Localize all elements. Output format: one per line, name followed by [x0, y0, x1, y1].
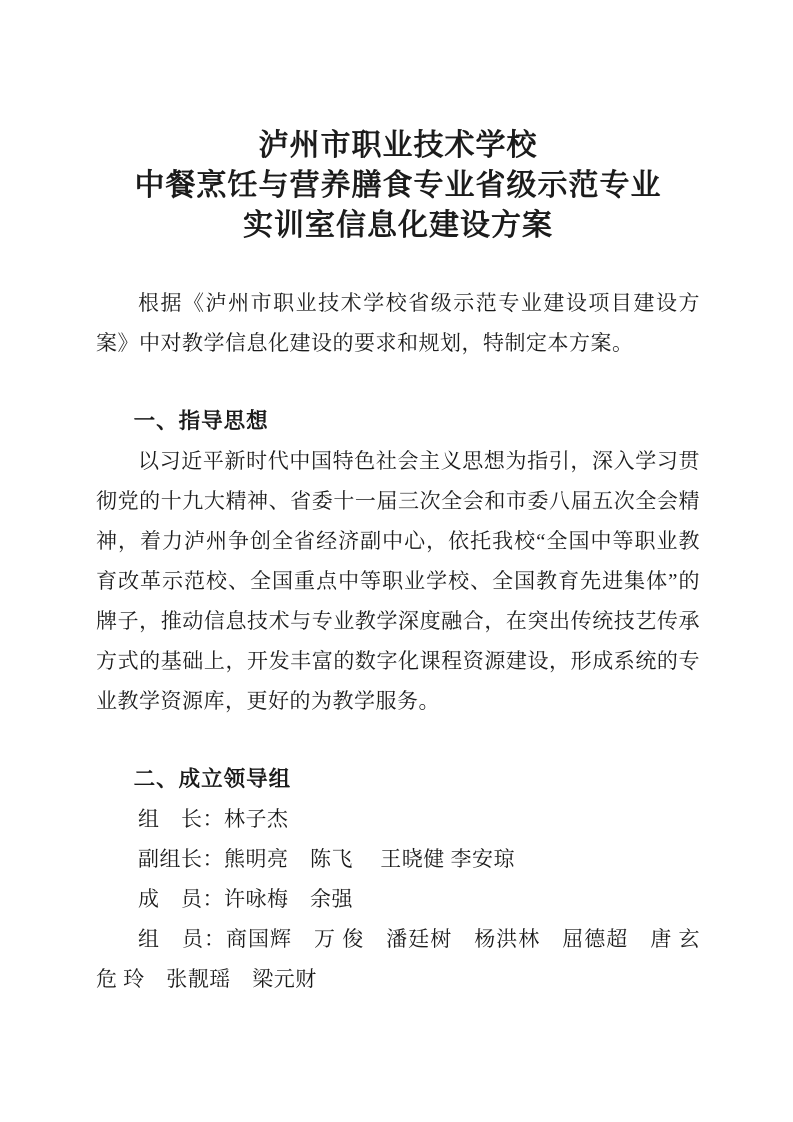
role-line-group-members: 组 员：商国辉 万 俊 潘廷树 杨洪林 屈德超 唐 玄	[96, 919, 700, 959]
doc-title: 泸州市职业技术学校 中餐烹饪与营养膳食专业省级示范专业 实训室信息化建设方案	[96, 126, 700, 246]
intro-paragraph: 根据《泸州市职业技术学校省级示范专业建设项目建设方案》中对教学信息化建设的要求和…	[96, 283, 700, 363]
role-line-members: 成 员：许咏梅 余强	[96, 879, 700, 919]
role-line-deputy-leaders: 副组长：熊明亮 陈飞 王晓健 李安琼	[96, 839, 700, 879]
role-line-group-members-continued: 危 玲 张靓瑶 梁元财	[96, 959, 700, 999]
role-line-leader: 组 长：林子杰	[96, 799, 700, 839]
doc-title-line-2: 中餐烹饪与营养膳食专业省级示范专业	[96, 166, 700, 206]
section-1-body: 以习近平新时代中国特色社会主义思想为指引，深入学习贯彻党的十九大精神、省委十一届…	[96, 441, 700, 721]
leadership-roster: 组 长：林子杰 副组长：熊明亮 陈飞 王晓健 李安琼 成 员：许咏梅 余强 组 …	[96, 799, 700, 999]
doc-title-line-1: 泸州市职业技术学校	[96, 126, 700, 166]
doc-title-line-3: 实训室信息化建设方案	[96, 206, 700, 246]
section-1-heading: 一、指导思想	[96, 401, 700, 441]
document-page: 泸州市职业技术学校 中餐烹饪与营养膳食专业省级示范专业 实训室信息化建设方案 根…	[0, 0, 793, 1122]
section-2-heading: 二、成立领导组	[96, 759, 700, 799]
